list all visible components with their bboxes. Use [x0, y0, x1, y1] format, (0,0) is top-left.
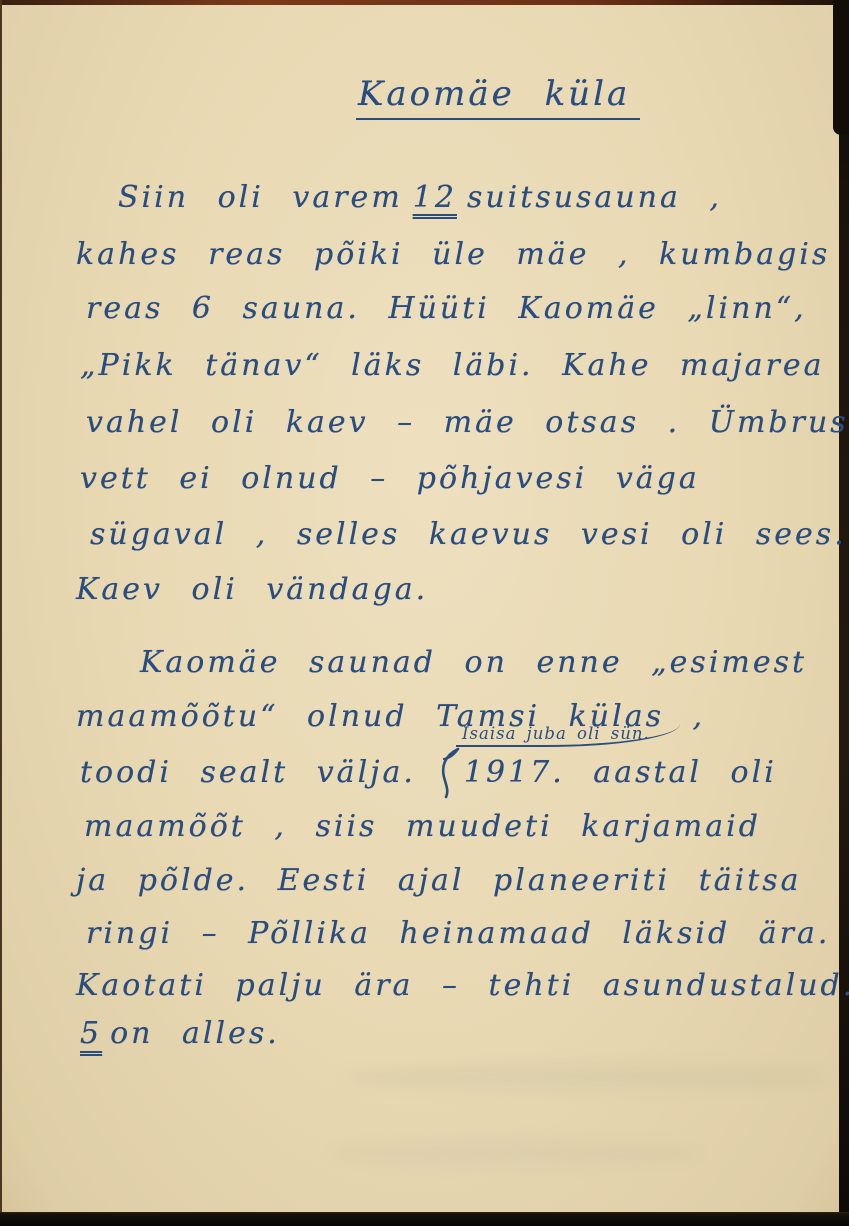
- line11-text: toodi sealt välja.: [80, 755, 416, 790]
- handwritten-line-3: reas 6 sauna. Hüüti Kaomäe „linn“,: [86, 291, 807, 326]
- scanned-manuscript-page: Kaomäe küla Siin oli varem12suitsusauna …: [0, 0, 849, 1226]
- handwritten-line-14: ringi – Põllika heinamaad läksid ära.: [86, 916, 830, 951]
- line1-text-cont: suitsusauna ,: [467, 180, 722, 215]
- handwritten-line-6: vett ei olnud – põhjavesi väga: [80, 461, 700, 496]
- handwritten-line-7: sügaval , selles kaevus vesi oli sees.: [90, 517, 847, 552]
- handwritten-line-4: „Pikk tänav“ läks läbi. Kahe majarea: [80, 348, 825, 383]
- handwritten-line-2: kahes reas põiki üle mäe , kumbagis: [76, 237, 830, 272]
- interlinear-note: Isaisa juba oli sün.: [456, 724, 680, 747]
- page-title: Kaomäe küla: [356, 74, 640, 120]
- handwritten-line-13: ja põlde. Eesti ajal planeeriti täitsa: [76, 863, 802, 898]
- handwritten-line-8: Kaev oli vändaga.: [76, 572, 428, 607]
- line16-text: on alles.: [110, 1016, 280, 1051]
- scan-corner-blot: [833, 0, 849, 135]
- scan-edge-left: [0, 0, 2, 1226]
- handwritten-line-1: Siin oli varem12suitsusauna ,: [118, 180, 722, 215]
- count-12-underlined: 12: [413, 180, 457, 215]
- handwritten-line-15: Kaotati palju ära – tehti asundustalud.: [76, 968, 849, 1003]
- handwritten-line-5: vahel oli kaev – mäe otsas . Ümbruses: [86, 405, 849, 440]
- handwritten-line-11: toodi sealt välja. 1917. aastal oli: [80, 755, 777, 799]
- handwritten-line-9: Kaomäe saunad on enne „esimest: [140, 645, 807, 680]
- insertion-caret-mark: [436, 747, 460, 799]
- scan-edge-bottom: [0, 1212, 849, 1226]
- line11-year-text: 1917. aastal oli: [464, 755, 777, 790]
- line1-text: Siin oli varem: [118, 180, 403, 215]
- ink-bleedthrough-smudge: [330, 1140, 700, 1166]
- scan-edge-right: [839, 0, 849, 1226]
- handwritten-line-12: maamõõt , siis muudeti karjamaid: [84, 809, 761, 844]
- ink-bleedthrough-smudge: [345, 1062, 825, 1092]
- handwritten-line-16: 5on alles.: [80, 1016, 280, 1051]
- count-5-underlined: 5: [80, 1016, 102, 1051]
- scan-edge-top: [0, 0, 849, 5]
